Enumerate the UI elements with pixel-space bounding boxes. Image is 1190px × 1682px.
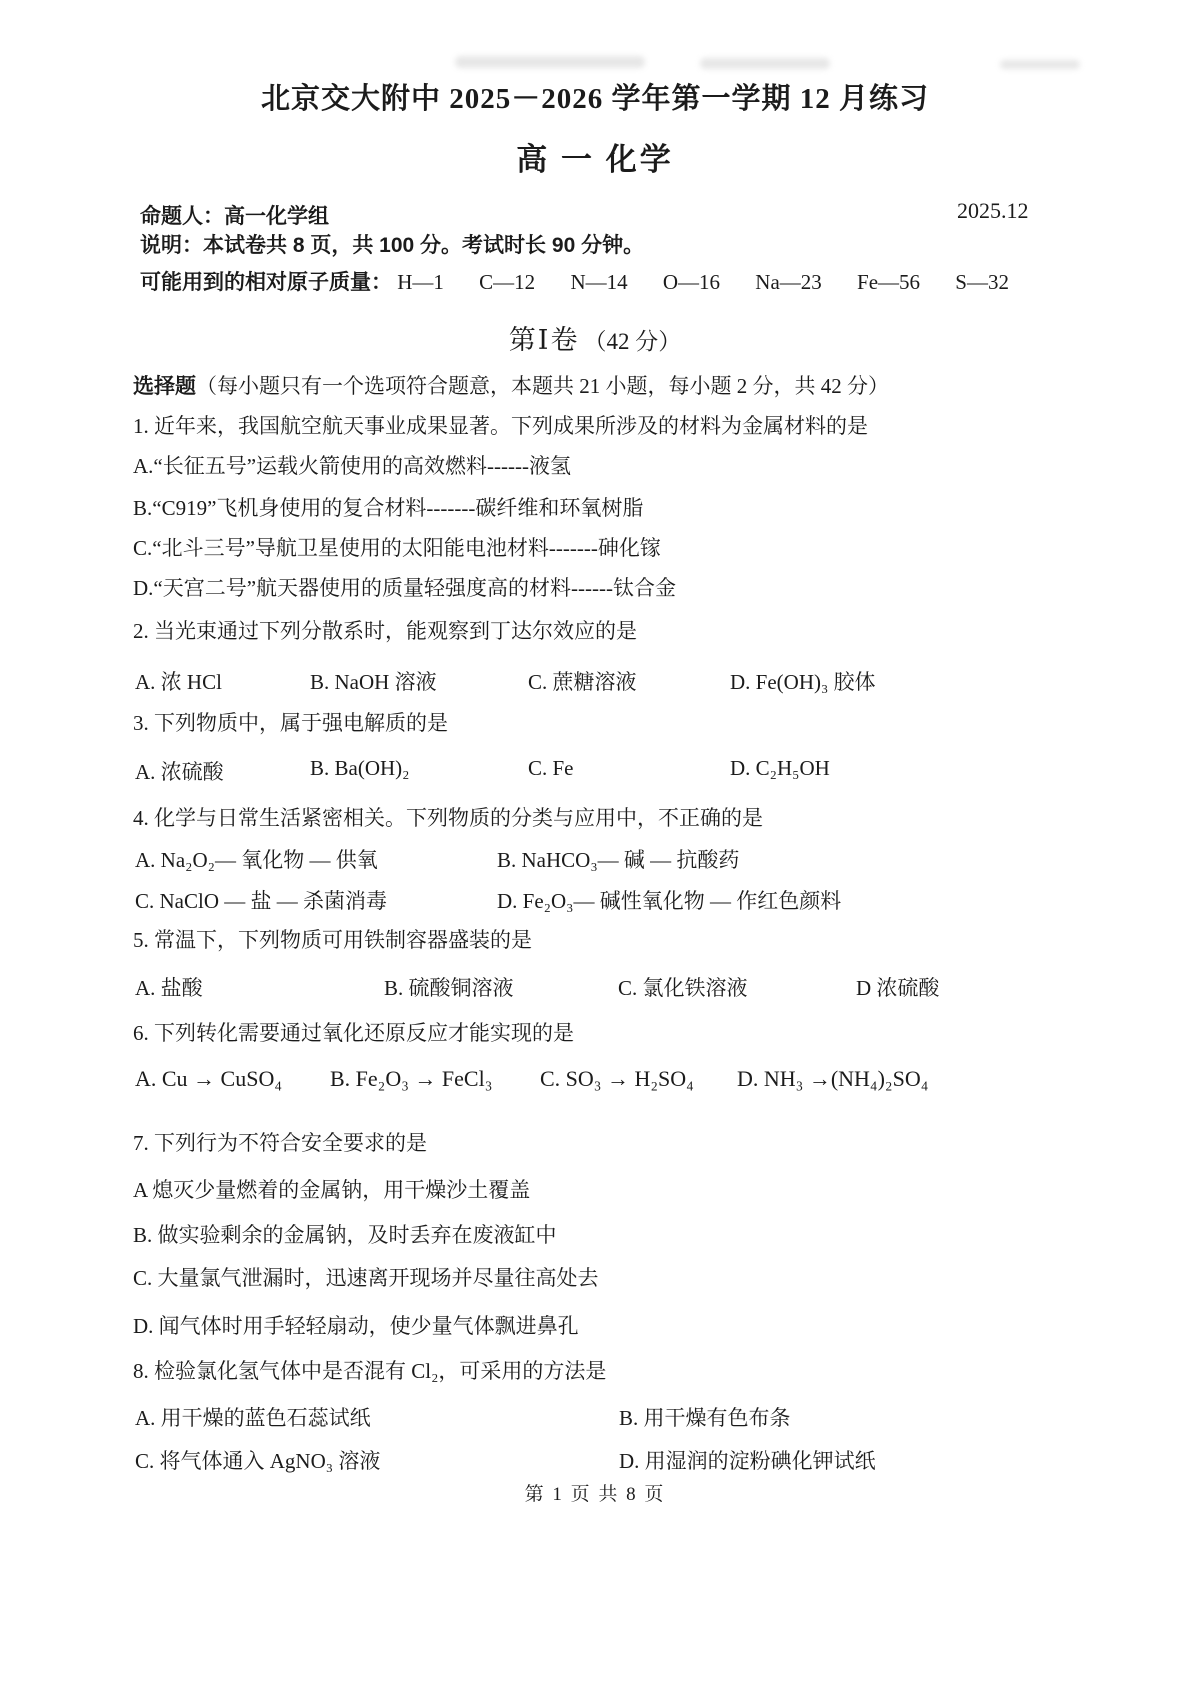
- question-6-option-c: C. SO₃ → H₂SO₄: [540, 1066, 694, 1092]
- question-3-stem: 3. 下列物质中，属于强电解质的是: [133, 707, 448, 737]
- mc-note: （每小题只有一个选项符合题意，本题共 21 小题，每小题 2 分，共 42 分）: [196, 374, 889, 398]
- question-2-option-c: C. 蔗糖溶液: [528, 666, 637, 696]
- question-5-stem: 5. 常温下，下列物质可用铁制容器盛装的是: [133, 924, 532, 954]
- question-2-option-d: D. Fe(OH)₃ 胶体: [730, 666, 876, 696]
- question-7-option-d: D. 闻气体时用手轻轻扇动，使少量气体飘进鼻孔: [133, 1310, 579, 1340]
- question-8-option-d: D. 用湿润的淀粉碘化钾试纸: [619, 1445, 876, 1475]
- atomic-mass-O: O—16: [663, 270, 720, 294]
- exam-title: 北京交大附中 2025－2026 学年第一学期 12 月练习: [0, 76, 1190, 117]
- question-1-option-b: B.“C919”飞机身使用的复合材料-------碳纤维和环氧树脂: [133, 492, 643, 522]
- exam-author: 命题人：高一化学组: [140, 200, 329, 230]
- section-title: 第Ⅰ卷: [509, 325, 580, 355]
- mc-instruction-line: 选择题（每小题只有一个选项符合题意，本题共 21 小题，每小题 2 分，共 42…: [133, 370, 889, 400]
- atomic-mass-N: N—14: [570, 270, 627, 294]
- question-2-stem: 2. 当光束通过下列分散系时，能观察到丁达尔效应的是: [133, 615, 637, 645]
- question-7-option-c: C. 大量氯气泄漏时，迅速离开现场并尽量往高处去: [133, 1262, 599, 1292]
- atomic-mass-S: S—32: [955, 270, 1009, 294]
- question-3-option-d: D. C₂H₅OH: [730, 756, 830, 781]
- question-2-option-b: B. NaOH 溶液: [310, 666, 437, 696]
- question-7-option-a: A 熄灭少量燃着的金属钠，用干燥沙土覆盖: [133, 1174, 530, 1204]
- question-8-stem: 8. 检验氯化氢气体中是否混有 Cl₂，可采用的方法是: [133, 1355, 606, 1385]
- question-5-option-d: D 浓硫酸: [856, 972, 939, 1002]
- atomic-mass-label: 可能用到的相对原子质量：: [140, 271, 392, 294]
- section-score: （42 分）: [583, 329, 681, 354]
- question-1-option-a: A.“长征五号”运载火箭使用的高效燃料------液氢: [133, 450, 571, 480]
- question-4-option-c: C. NaClO — 盐 — 杀菌消毒: [135, 885, 387, 915]
- exam-subtitle: 高 一 化学: [0, 134, 1190, 179]
- scan-artifact: [700, 58, 830, 69]
- section-heading: 第Ⅰ卷 （42 分）: [0, 318, 1190, 357]
- atomic-mass-Fe: Fe—56: [857, 270, 920, 294]
- question-8-option-b: B. 用干燥有色布条: [619, 1402, 791, 1432]
- question-5-option-b: B. 硫酸铜溶液: [384, 972, 514, 1002]
- page-number-footer: 第 1 页 共 8 页: [0, 1479, 1190, 1506]
- exam-date: 2025.12: [957, 198, 1029, 224]
- question-8-option-a: A. 用干燥的蓝色石蕊试纸: [135, 1402, 371, 1432]
- question-5-option-a: A. 盐酸: [135, 972, 203, 1002]
- question-4-option-b: B. NaHCO₃— 碱 — 抗酸药: [497, 844, 739, 874]
- question-1-stem: 1. 近年来，我国航空航天事业成果显著。下列成果所涉及的材料为金属材料的是: [133, 410, 868, 440]
- question-7-option-b: B. 做实验剩余的金属钠，及时丢弃在废液缸中: [133, 1219, 557, 1249]
- mc-label: 选择题: [133, 375, 196, 398]
- question-4-stem: 4. 化学与日常生活紧密相关。下列物质的分类与应用中，不正确的是: [133, 802, 763, 832]
- question-3-option-b: B. Ba(OH)₂: [310, 756, 409, 781]
- question-8-option-c: C. 将气体通入 AgNO₃ 溶液: [135, 1445, 380, 1475]
- question-1-option-c: C.“北斗三号”导航卫星使用的太阳能电池材料-------砷化镓: [133, 532, 661, 562]
- question-4-option-a: A. Na₂O₂— 氧化物 — 供氧: [135, 844, 378, 874]
- question-1-option-d: D.“天宫二号”航天器使用的质量轻强度高的材料------钛合金: [133, 572, 676, 602]
- question-6-option-a: A. Cu → CuSO₄: [135, 1066, 282, 1092]
- question-2-option-a: A. 浓 HCl: [135, 666, 222, 696]
- question-6-stem: 6. 下列转化需要通过氧化还原反应才能实现的是: [133, 1017, 574, 1047]
- question-3-option-c: C. Fe: [528, 756, 574, 781]
- question-5-option-c: C. 氯化铁溶液: [618, 972, 748, 1002]
- scan-artifact: [1000, 60, 1080, 69]
- question-3-option-a: A. 浓硫酸: [135, 756, 224, 786]
- atomic-mass-line: 可能用到的相对原子质量： H—1 C—12 N—14 O—16 Na—23 Fe…: [140, 266, 1009, 296]
- exam-instructions: 说明：本试卷共 8 页，共 100 分。考试时长 90 分钟。: [140, 229, 644, 259]
- scan-artifact: [455, 56, 645, 68]
- question-6-option-d: D. NH₃ →(NH₄)₂SO₄: [737, 1066, 928, 1092]
- question-7-stem: 7. 下列行为不符合安全要求的是: [133, 1127, 427, 1157]
- atomic-mass-C: C—12: [479, 270, 535, 294]
- question-4-option-d: D. Fe₂O₃— 碱性氧化物 — 作红色颜料: [497, 885, 841, 915]
- exam-paper-page: 北京交大附中 2025－2026 学年第一学期 12 月练习 高 一 化学 命题…: [0, 0, 1190, 1682]
- question-6-option-b: B. Fe₂O₃ → FeCl₃: [330, 1066, 492, 1092]
- atomic-mass-H: H—1: [397, 270, 444, 294]
- atomic-mass-Na: Na—23: [755, 270, 822, 294]
